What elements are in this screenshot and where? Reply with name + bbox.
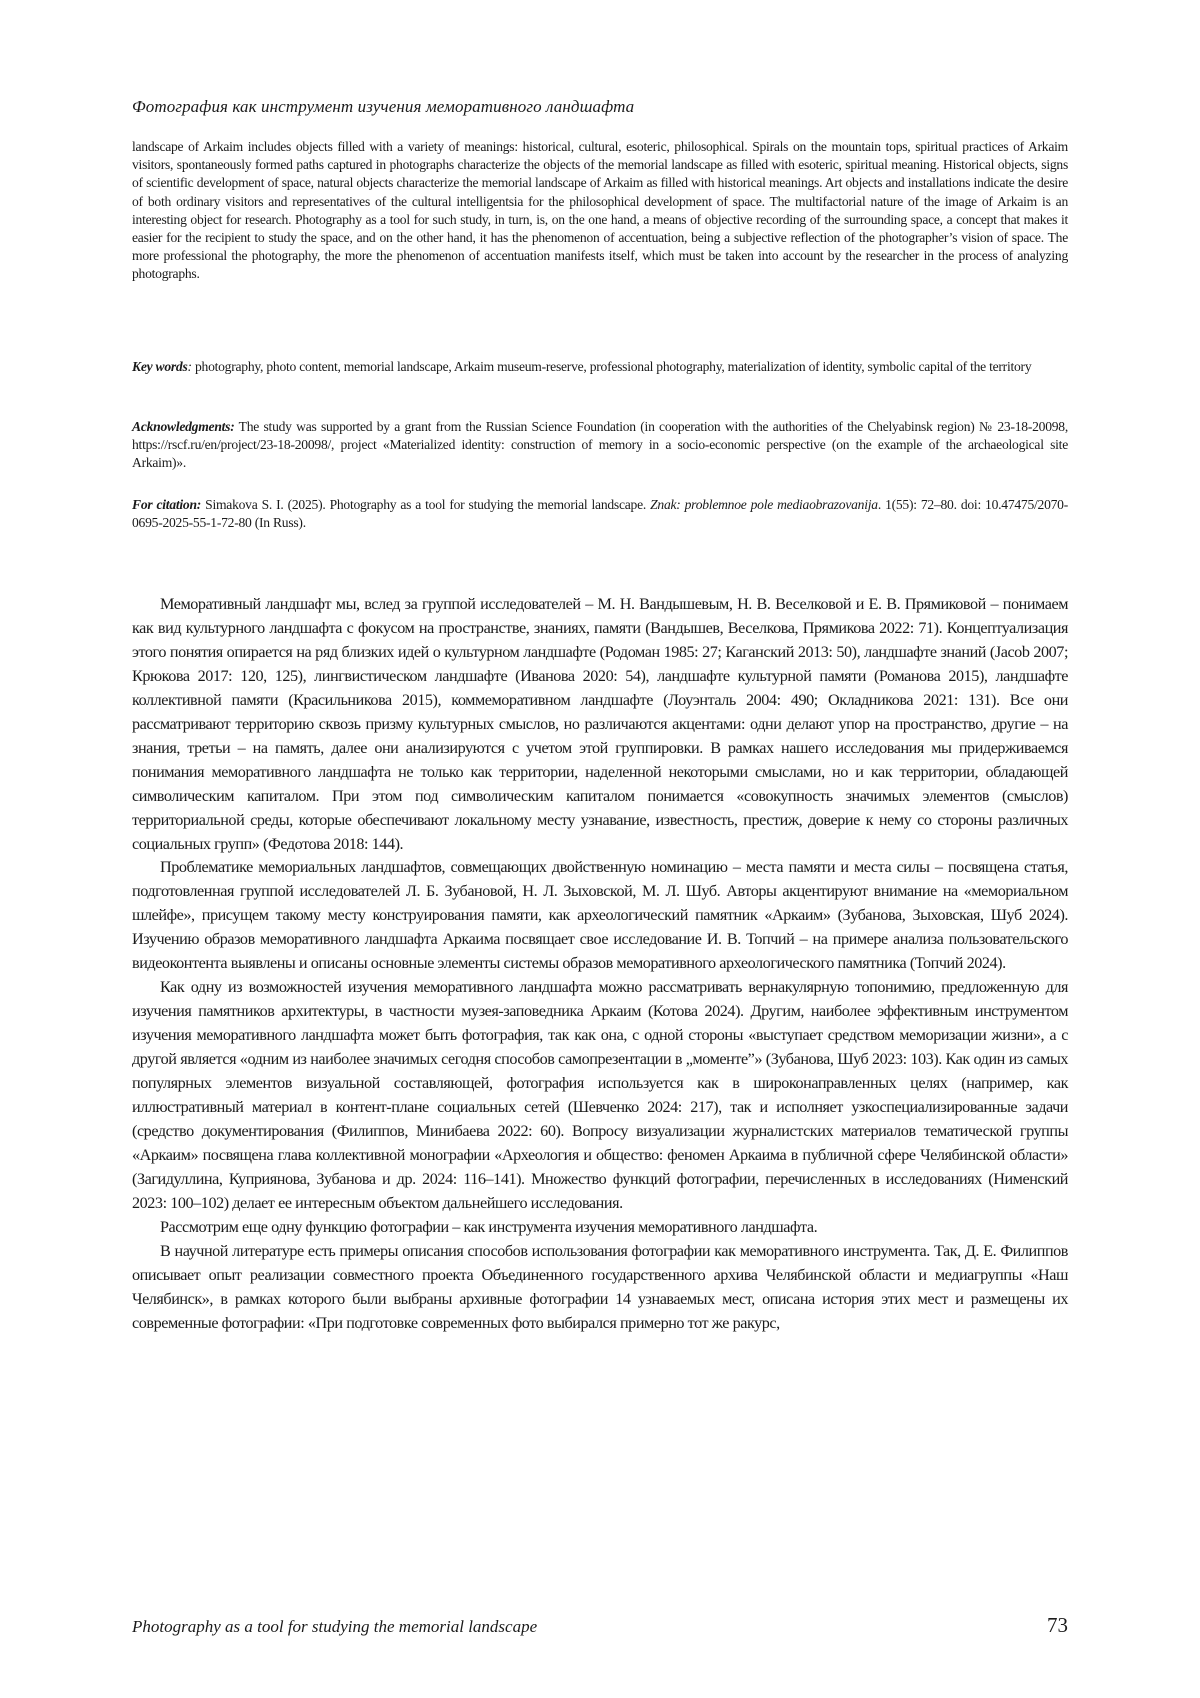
- keywords-section: Key words: photography, photo content, m…: [132, 358, 1068, 376]
- citation-journal: Znak: problemnoe pole mediaobrazovanija: [650, 497, 878, 512]
- citation-label: For citation:: [132, 497, 201, 512]
- acknowledgments-section: Acknowledgments: The study was supported…: [132, 418, 1068, 473]
- acknowledgments-paragraph: Acknowledgments: The study was supported…: [132, 418, 1068, 473]
- keywords-text: photography, photo content, memorial lan…: [195, 359, 1031, 374]
- abstract-text: landscape of Arkaim includes objects fil…: [132, 138, 1068, 284]
- keywords-separator: :: [188, 359, 195, 374]
- body-paragraph: Рассмотрим еще одну функцию фотографии –…: [132, 1216, 1068, 1240]
- page-footer: Photography as a tool for studying the m…: [132, 1613, 1068, 1638]
- article-body: Меморативный ландшафт мы, вслед за групп…: [132, 593, 1068, 1336]
- acknowledgments-text: The study was supported by a grant from …: [132, 419, 1068, 470]
- body-paragraph: Меморативный ландшафт мы, вслед за групп…: [132, 593, 1068, 856]
- keywords-paragraph: Key words: photography, photo content, m…: [132, 358, 1068, 376]
- body-paragraph: В научной литературе есть примеры описан…: [132, 1240, 1068, 1336]
- body-paragraph: Проблематике мемориальных ландшафтов, со…: [132, 856, 1068, 976]
- citation-text: Simakova S. I. (2025). Photography as a …: [201, 497, 650, 512]
- acknowledgments-label: Acknowledgments:: [132, 419, 235, 434]
- keywords-label: Key words: [132, 359, 188, 374]
- running-head-title: Фотография как инструмент изучения мемор…: [132, 97, 634, 117]
- citation-section: For citation: Simakova S. I. (2025). Pho…: [132, 496, 1068, 532]
- footer-title: Photography as a tool for studying the m…: [132, 1617, 537, 1637]
- citation-paragraph: For citation: Simakova S. I. (2025). Pho…: [132, 496, 1068, 532]
- body-paragraph: Как одну из возможностей изучения мемора…: [132, 976, 1068, 1216]
- abstract-section: landscape of Arkaim includes objects fil…: [132, 138, 1068, 284]
- page-number: 73: [1047, 1613, 1068, 1638]
